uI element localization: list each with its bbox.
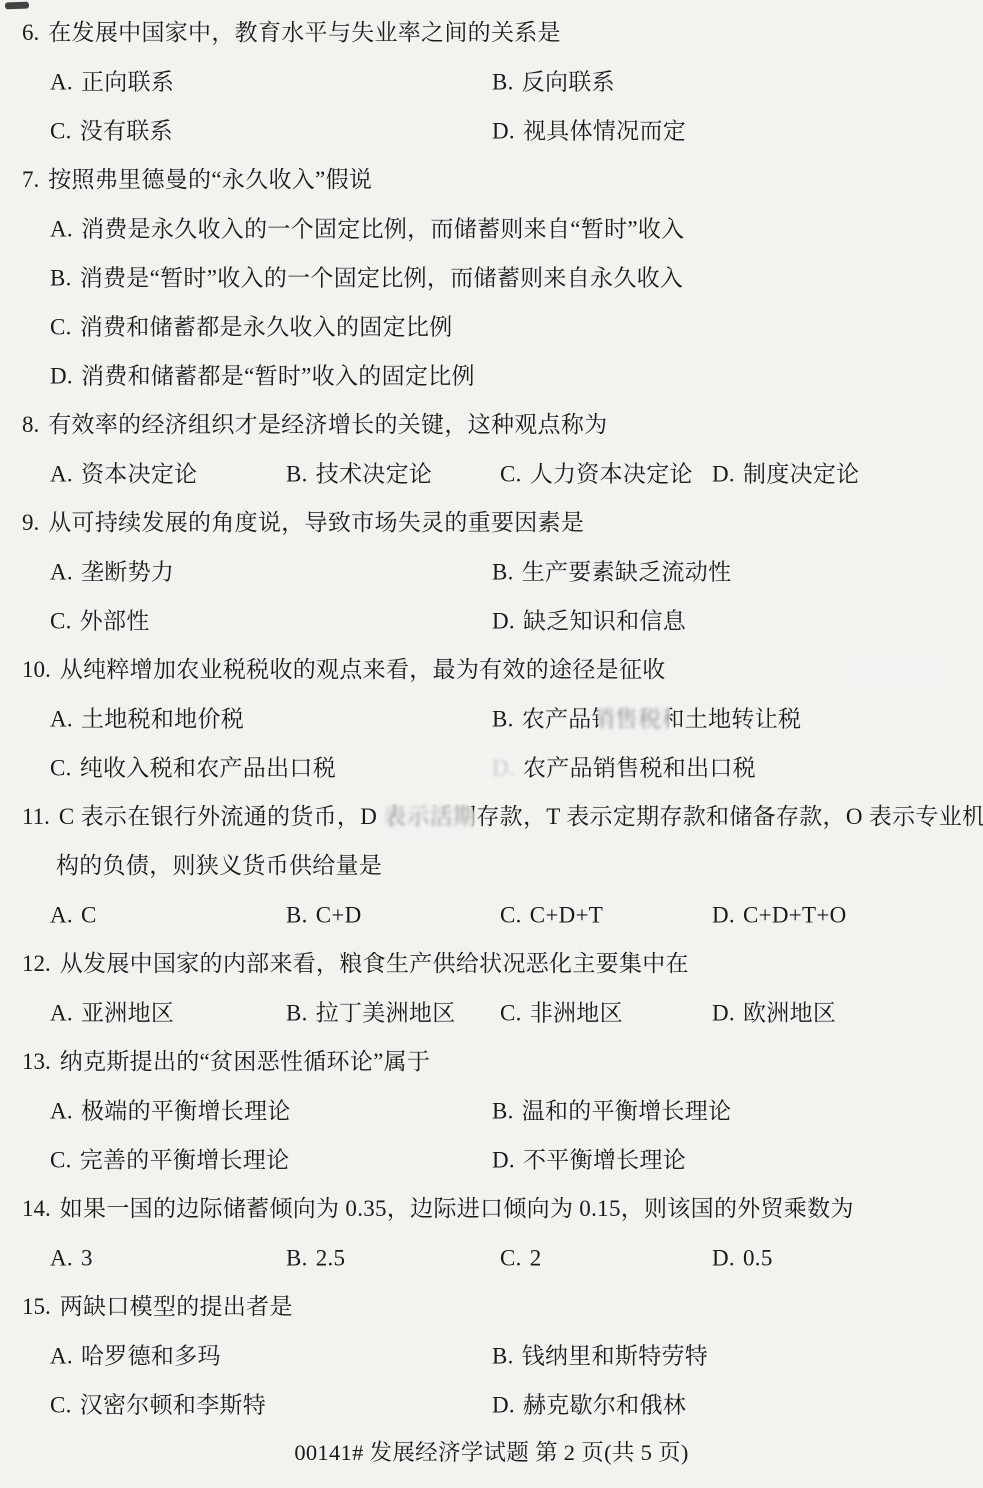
options-row: C.消费和储蓄都是永久收入的固定比例: [0, 302, 983, 351]
question-stem: 13.纳克斯提出的“贫困恶性循环论”属于: [0, 1037, 983, 1086]
option-D: D.制度决定论: [712, 462, 859, 485]
option-C: C.消费和储蓄都是永久收入的固定比例: [50, 315, 453, 338]
question-stem: 10.从纯粹增加农业税税收的观点来看，最为有效的途径是征收: [0, 645, 983, 694]
option-A: A.C: [50, 903, 97, 926]
page-footer: 00141# 发展经济学试题 第 2 页(共 5 页): [0, 1429, 983, 1478]
option-text: 外部性: [80, 608, 150, 633]
option-D: D.C+D+T+O: [712, 903, 847, 926]
options-row: A.土地税和地价税 B.农产品销售税和土地转让税: [0, 694, 983, 743]
option-label: B.: [286, 461, 308, 486]
question-8: 8.有效率的经济组织才是经济增长的关键，这种观点称为 A.资本决定论 B.技术决…: [0, 400, 983, 498]
option-text: 人力资本决定论: [530, 461, 693, 486]
option-label: D.: [492, 608, 515, 633]
question-stem: 15.两缺口模型的提出者是: [0, 1282, 983, 1331]
option-A: A.哈罗德和多玛: [50, 1344, 221, 1367]
option-label: D.: [50, 363, 73, 388]
option-label: D.: [712, 1245, 735, 1270]
option-B: B.消费是“暂时”收入的一个固定比例，而储蓄则来自永久收入: [50, 266, 683, 289]
option-label: B.: [286, 902, 308, 927]
option-label: C.: [500, 1245, 522, 1270]
option-label: A.: [50, 461, 73, 486]
question-14: 14.如果一国的边际储蓄倾向为 0.35，边际进口倾向为 0.15，则该国的外贸…: [0, 1184, 983, 1282]
option-D: D.农产品销售税和出口税: [492, 756, 756, 779]
option-label: D.: [712, 461, 735, 486]
option-label: B.: [492, 1098, 514, 1123]
option-label: A.: [50, 69, 73, 94]
option-label: C.: [500, 902, 522, 927]
option-C: C.纯收入税和农产品出口税: [50, 756, 336, 779]
question-text: 两缺口模型的提出者是: [60, 1295, 293, 1318]
options-row: C.完善的平衡增长理论 D.不平衡增长理论: [0, 1135, 983, 1184]
option-text: 3: [81, 1245, 93, 1270]
option-text: 欧洲地区: [743, 1000, 836, 1025]
option-C: C.完善的平衡增长理论: [50, 1148, 289, 1171]
option-text: 拉丁美洲地区: [316, 1000, 456, 1025]
options-row: C.没有联系 D.视具体情况而定: [0, 106, 983, 155]
option-text: 赫克歇尔和俄林: [523, 1392, 686, 1417]
option-label: C.: [50, 755, 72, 780]
option-D: D.缺乏知识和信息: [492, 609, 686, 632]
option-label: A.: [50, 1098, 73, 1123]
option-text: 2.5: [316, 1245, 346, 1270]
option-A: A.极端的平衡增长理论: [50, 1099, 291, 1122]
option-text: 技术决定论: [316, 461, 433, 486]
option-text: C+D: [316, 902, 362, 927]
question-stem: 7.按照弗里德曼的“永久收入”假说: [0, 155, 983, 204]
option-text: 钱纳里和斯特劳特: [522, 1343, 708, 1368]
option-label: B.: [286, 1000, 308, 1025]
scan-smudge: [598, 700, 670, 734]
option-label: D.: [492, 1147, 515, 1172]
option-label: A.: [50, 902, 73, 927]
option-text: 缺乏知识和信息: [523, 608, 686, 633]
scan-smudge: [378, 804, 474, 840]
option-text: 消费和储蓄都是“暂时”收入的固定比例: [81, 363, 475, 388]
option-text: 消费是永久收入的一个固定比例，而储蓄则来自“暂时”收入: [81, 216, 685, 241]
option-text: 资本决定论: [81, 461, 198, 486]
option-B: B.反向联系: [492, 70, 615, 93]
option-label: A.: [50, 1245, 73, 1270]
option-B: B.生产要素缺乏流动性: [492, 560, 731, 583]
question-6: 6.在发展中国家中，教育水平与失业率之间的关系是 A.正向联系 B.反向联系 C…: [0, 8, 983, 155]
option-label: A.: [50, 216, 73, 241]
option-C: C.人力资本决定论: [500, 462, 693, 485]
option-D: D.0.5: [712, 1246, 773, 1269]
question-number: 8.: [22, 413, 39, 436]
option-text: 纯收入税和农产品出口税: [80, 755, 336, 780]
option-D: D.欧洲地区: [712, 1001, 836, 1024]
option-text: 正向联系: [81, 69, 174, 94]
option-text: 农产品销售税和出口税: [523, 755, 756, 780]
option-text: 2: [530, 1245, 542, 1270]
question-text: 从可持续发展的角度说，导致市场失灵的重要因素是: [48, 511, 584, 534]
option-D: D.不平衡增长理论: [492, 1148, 686, 1171]
option-C: C.2: [500, 1246, 542, 1269]
option-label: B.: [492, 706, 514, 731]
option-label: C.: [500, 1000, 522, 1025]
scan-smudge: [484, 754, 520, 786]
question-12: 12.从发展中国家的内部来看，粮食生产供给状况恶化主要集中在 A.亚洲地区 B.…: [0, 939, 983, 1037]
option-label: A.: [50, 1000, 73, 1025]
options-row: A.垄断势力 B.生产要素缺乏流动性: [0, 547, 983, 596]
option-B: B.技术决定论: [286, 462, 432, 485]
option-A: A.3: [50, 1246, 93, 1269]
option-label: C.: [50, 314, 72, 339]
question-number: 14.: [22, 1197, 51, 1220]
option-label: B.: [492, 69, 514, 94]
question-text: 如果一国的边际储蓄倾向为 0.35，边际进口倾向为 0.15，则该国的外贸乘数为: [60, 1197, 854, 1220]
option-B: B.温和的平衡增长理论: [492, 1099, 731, 1122]
option-D: D.赫克歇尔和俄林: [492, 1393, 686, 1416]
option-label: B.: [492, 559, 514, 584]
option-text: 生产要素缺乏流动性: [522, 559, 732, 584]
option-text: 亚洲地区: [81, 1000, 174, 1025]
options-row: C.汉密尔顿和李斯特 D.赫克歇尔和俄林: [0, 1380, 983, 1429]
question-number: 10.: [22, 658, 51, 681]
option-label: A.: [50, 1343, 73, 1368]
option-text: 哈罗德和多玛: [81, 1343, 221, 1368]
option-label: A.: [50, 706, 73, 731]
option-D: D.视具体情况而定: [492, 119, 686, 142]
question-number: 13.: [22, 1050, 51, 1073]
options-row: C.外部性 D.缺乏知识和信息: [0, 596, 983, 645]
option-D: D.消费和储蓄都是“暂时”收入的固定比例: [50, 364, 475, 387]
option-C: C.外部性: [50, 609, 150, 632]
option-text: C+D+T: [530, 902, 603, 927]
options-row: A.哈罗德和多玛 B.钱纳里和斯特劳特: [0, 1331, 983, 1380]
option-text: 不平衡增长理论: [523, 1147, 686, 1172]
options-row: A.亚洲地区 B.拉丁美洲地区 C.非洲地区 D.欧洲地区: [0, 988, 983, 1037]
option-C: C.没有联系: [50, 119, 173, 142]
options-row: D.消费和储蓄都是“暂时”收入的固定比例: [0, 351, 983, 400]
option-label: D.: [492, 1392, 515, 1417]
option-B: B.2.5: [286, 1246, 345, 1269]
question-stem: 11.C 表示在银行外流通的货币，D 表示活期存款，T 表示定期存款和储备存款，…: [0, 792, 983, 841]
option-label: B.: [492, 1343, 514, 1368]
question-text: C 表示在银行外流通的货币，D 表示活期存款，T 表示定期存款和储备存款，O 表…: [59, 805, 983, 828]
options-row: A.消费是永久收入的一个固定比例，而储蓄则来自“暂时”收入: [0, 204, 983, 253]
question-text: 在发展中国家中，教育水平与失业率之间的关系是: [48, 21, 561, 44]
options-row: A.极端的平衡增长理论 B.温和的平衡增长理论: [0, 1086, 983, 1135]
option-label: C.: [50, 1392, 72, 1417]
question-stem: 6.在发展中国家中，教育水平与失业率之间的关系是: [0, 8, 983, 57]
question-7: 7.按照弗里德曼的“永久收入”假说 A.消费是永久收入的一个固定比例，而储蓄则来…: [0, 155, 983, 400]
question-13: 13.纳克斯提出的“贫困恶性循环论”属于 A.极端的平衡增长理论 B.温和的平衡…: [0, 1037, 983, 1184]
option-C: C.汉密尔顿和李斯特: [50, 1393, 266, 1416]
options-row: A.资本决定论 B.技术决定论 C.人力资本决定论 D.制度决定论: [0, 449, 983, 498]
option-text: 制度决定论: [743, 461, 860, 486]
question-stem: 8.有效率的经济组织才是经济增长的关键，这种观点称为: [0, 400, 983, 449]
option-A: A.资本决定论: [50, 462, 197, 485]
option-A: A.垄断势力: [50, 560, 174, 583]
question-stem: 12.从发展中国家的内部来看，粮食生产供给状况恶化主要集中在: [0, 939, 983, 988]
option-A: A.亚洲地区: [50, 1001, 174, 1024]
option-label: D.: [712, 1000, 735, 1025]
question-stem: 14.如果一国的边际储蓄倾向为 0.35，边际进口倾向为 0.15，则该国的外贸…: [0, 1184, 983, 1233]
option-label: C.: [50, 118, 72, 143]
question-number: 12.: [22, 952, 51, 975]
question-11: 11.C 表示在银行外流通的货币，D 表示活期存款，T 表示定期存款和储备存款，…: [0, 792, 983, 939]
option-text: 没有联系: [80, 118, 173, 143]
option-text: 反向联系: [522, 69, 615, 94]
page-footer-text: 00141# 发展经济学试题 第 2 页(共 5 页): [294, 1442, 688, 1465]
question-text: 构的负债，则狭义货币供给量是: [56, 854, 382, 877]
option-C: C.非洲地区: [500, 1001, 623, 1024]
options-row: B.消费是“暂时”收入的一个固定比例，而储蓄则来自永久收入: [0, 253, 983, 302]
question-text: 从纯粹增加农业税税收的观点来看，最为有效的途径是征收: [60, 658, 666, 681]
option-text: 视具体情况而定: [523, 118, 686, 143]
option-text: 汉密尔顿和李斯特: [80, 1392, 266, 1417]
exam-page: 6.在发展中国家中，教育水平与失业率之间的关系是 A.正向联系 B.反向联系 C…: [0, 0, 983, 1488]
question-9: 9.从可持续发展的角度说，导致市场失灵的重要因素是 A.垄断势力 B.生产要素缺…: [0, 498, 983, 645]
option-text: 垄断势力: [81, 559, 174, 584]
option-text: C+D+T+O: [743, 902, 847, 927]
option-label: D.: [712, 902, 735, 927]
option-text: 0.5: [743, 1245, 773, 1270]
option-label: D.: [492, 118, 515, 143]
options-row: A.正向联系 B.反向联系: [0, 57, 983, 106]
option-B: B.拉丁美洲地区: [286, 1001, 456, 1024]
option-label: A.: [50, 559, 73, 584]
option-label: B.: [286, 1245, 308, 1270]
question-number: 6.: [22, 21, 39, 44]
scan-corner-mark: [5, 2, 29, 10]
question-number: 11.: [22, 805, 50, 828]
question-number: 7.: [22, 168, 39, 191]
option-text: 温和的平衡增长理论: [522, 1098, 732, 1123]
option-text: 极端的平衡增长理论: [81, 1098, 291, 1123]
question-stem-continuation: 构的负债，则狭义货币供给量是: [0, 841, 983, 890]
option-label: B.: [50, 265, 72, 290]
question-stem: 9.从可持续发展的角度说，导致市场失灵的重要因素是: [0, 498, 983, 547]
option-A: A.消费是永久收入的一个固定比例，而储蓄则来自“暂时”收入: [50, 217, 685, 240]
scan-smudge: [848, 655, 952, 689]
option-A: A.正向联系: [50, 70, 174, 93]
option-C: C.C+D+T: [500, 903, 603, 926]
option-text: C: [81, 902, 97, 927]
options-row: A.C B.C+D C.C+D+T D.C+D+T+O: [0, 890, 983, 939]
option-label: C.: [500, 461, 522, 486]
option-A: A.土地税和地价税: [50, 707, 244, 730]
option-text: 完善的平衡增长理论: [80, 1147, 290, 1172]
option-text: 非洲地区: [530, 1000, 623, 1025]
option-text: 土地税和地价税: [81, 706, 244, 731]
option-text: 消费是“暂时”收入的一个固定比例，而储蓄则来自永久收入: [80, 265, 684, 290]
question-text: 纳克斯提出的“贫困恶性循环论”属于: [60, 1050, 431, 1073]
option-label: C.: [50, 608, 72, 633]
question-text: 从发展中国家的内部来看，粮食生产供给状况恶化主要集中在: [60, 952, 689, 975]
question-number: 15.: [22, 1295, 51, 1318]
question-15: 15.两缺口模型的提出者是 A.哈罗德和多玛 B.钱纳里和斯特劳特 C.汉密尔顿…: [0, 1282, 983, 1429]
question-number: 9.: [22, 511, 39, 534]
option-B: B.C+D: [286, 903, 362, 926]
option-label: C.: [50, 1147, 72, 1172]
option-text: 消费和储蓄都是永久收入的固定比例: [80, 314, 453, 339]
question-text: 按照弗里德曼的“永久收入”假说: [48, 168, 372, 191]
option-B: B.钱纳里和斯特劳特: [492, 1344, 708, 1367]
options-row: A.3 B.2.5 C.2 D.0.5: [0, 1233, 983, 1282]
question-text: 有效率的经济组织才是经济增长的关键，这种观点称为: [48, 413, 607, 436]
